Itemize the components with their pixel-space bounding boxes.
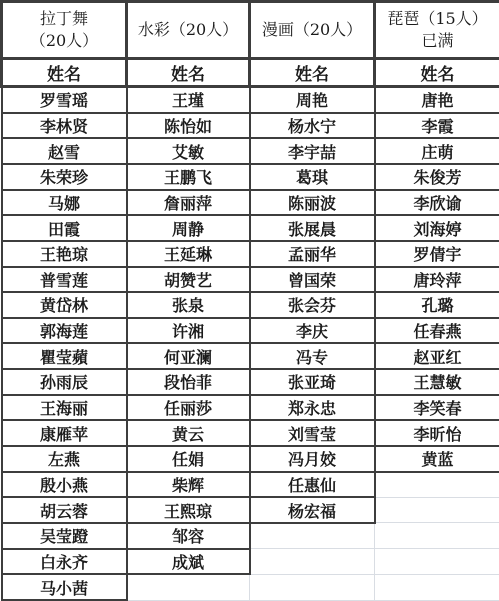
name-cell: 葛琪 (250, 164, 375, 190)
table-row: 王艳琼王延琳孟丽华罗倩宇 (2, 241, 499, 267)
signup-table-page: 拉丁舞（20人）水彩（20人）漫画（20人）琵琶（15人）已满姓名姓名姓名姓名罗… (0, 0, 499, 601)
empty-cell (375, 574, 499, 600)
name-cell: 马小茜 (2, 574, 127, 600)
name-cell: 左燕 (2, 446, 127, 472)
column-header-line: 琵琶（15人） (376, 8, 499, 30)
empty-cell (375, 523, 499, 549)
name-cell: 陈怡如 (127, 113, 250, 139)
name-cell: 许湘 (127, 318, 250, 344)
name-cell: 王延琳 (127, 241, 250, 267)
name-cell: 王瑾 (127, 87, 250, 113)
table-row: 赵雪艾敏李宇喆庄萌 (2, 138, 499, 164)
name-cell: 李昕怡 (375, 420, 499, 446)
name-cell: 王鹏飞 (127, 164, 250, 190)
name-cell: 郭海莲 (2, 318, 127, 344)
name-cell: 赵亚红 (375, 343, 499, 369)
table-row: 马小茜 (2, 574, 499, 600)
name-cell: 罗倩宇 (375, 241, 499, 267)
name-cell: 周艳 (250, 87, 375, 113)
table-row: 朱荣珍王鹏飞葛琪朱俊芳 (2, 164, 499, 190)
name-cell: 周静 (127, 215, 250, 241)
name-cell: 刘海婷 (375, 215, 499, 241)
name-cell: 张展晨 (250, 215, 375, 241)
name-cell: 张亚琦 (250, 369, 375, 395)
name-cell: 赵雪 (2, 138, 127, 164)
name-cell: 唐艳 (375, 87, 499, 113)
name-cell: 李林贤 (2, 113, 127, 139)
column-header-line: 漫画（20人） (251, 19, 373, 41)
name-cell: 何亚澜 (127, 343, 250, 369)
name-cell: 庄萌 (375, 138, 499, 164)
name-cell: 曾国荣 (250, 267, 375, 293)
empty-cell (250, 574, 375, 600)
name-cell: 王艳琼 (2, 241, 127, 267)
column-header-watercolor: 水彩（20人） (127, 2, 250, 59)
table-row: 康雁苹黄云刘雪莹李昕怡 (2, 420, 499, 446)
name-cell: 邹容 (127, 523, 250, 549)
column-header-manga: 漫画（20人） (250, 2, 375, 59)
name-cell: 任惠仙 (250, 472, 375, 498)
column-header-latin-dance: 拉丁舞（20人） (2, 2, 127, 59)
column-header-line: 已满 (376, 30, 499, 52)
name-cell: 王熙琼 (127, 497, 250, 523)
name-cell: 黄云 (127, 420, 250, 446)
name-column-label-watercolor: 姓名 (127, 59, 250, 87)
table-row: 郭海莲许湘李庆任春燕 (2, 318, 499, 344)
table-row: 胡云蓉王熙琼杨宏福 (2, 497, 499, 523)
name-column-label-latin-dance: 姓名 (2, 59, 127, 87)
name-cell: 张会芬 (250, 292, 375, 318)
empty-cell (375, 472, 499, 498)
table-row: 殷小燕柴辉任惠仙 (2, 472, 499, 498)
name-cell: 黄蓝 (375, 446, 499, 472)
name-cell: 任春燕 (375, 318, 499, 344)
name-cell: 刘雪莹 (250, 420, 375, 446)
name-cell: 李庆 (250, 318, 375, 344)
name-cell: 胡云蓉 (2, 497, 127, 523)
name-cell: 田霞 (2, 215, 127, 241)
column-header-line: 水彩（20人） (128, 19, 248, 41)
name-cell: 艾敏 (127, 138, 250, 164)
name-cell: 郑永忠 (250, 395, 375, 421)
name-cell: 唐玲萍 (375, 267, 499, 293)
table-row: 普雪莲胡赞艺曾国荣唐玲萍 (2, 267, 499, 293)
table-row: 李林贤陈怡如杨水宁李霞 (2, 113, 499, 139)
table-row: 马娜詹丽萍陈丽波李欣谕 (2, 190, 499, 216)
column-header-line: 拉丁舞 (3, 8, 125, 30)
name-cell: 冯专 (250, 343, 375, 369)
name-cell: 马娜 (2, 190, 127, 216)
name-cell: 冯月姣 (250, 446, 375, 472)
table-row: 白永齐成斌 (2, 549, 499, 575)
name-cell: 朱荣珍 (2, 164, 127, 190)
name-cell: 李霞 (375, 113, 499, 139)
column-header-pipa: 琵琶（15人）已满 (375, 2, 499, 59)
name-cell: 任丽莎 (127, 395, 250, 421)
table-row: 孙雨辰段怡菲张亚琦王慧敏 (2, 369, 499, 395)
empty-cell (375, 549, 499, 575)
name-cell: 殷小燕 (2, 472, 127, 498)
name-cell: 普雪莲 (2, 267, 127, 293)
name-cell: 陈丽波 (250, 190, 375, 216)
name-cell: 罗雪瑶 (2, 87, 127, 113)
table-row: 罗雪瑶王瑾周艳唐艳 (2, 87, 499, 113)
empty-cell (250, 523, 375, 549)
empty-cell (127, 574, 250, 600)
table-row: 左燕任娟冯月姣黄蓝 (2, 446, 499, 472)
name-cell: 杨宏福 (250, 497, 375, 523)
table-row: 吴莹蹬邹容 (2, 523, 499, 549)
name-cell: 王慧敏 (375, 369, 499, 395)
name-cell: 李宇喆 (250, 138, 375, 164)
name-cell: 柴辉 (127, 472, 250, 498)
column-header-line: （20人） (3, 30, 125, 52)
name-cell: 孟丽华 (250, 241, 375, 267)
name-cell: 王海丽 (2, 395, 127, 421)
name-cell: 康雁苹 (2, 420, 127, 446)
name-cell: 张泉 (127, 292, 250, 318)
name-cell: 詹丽萍 (127, 190, 250, 216)
table-row: 田霞周静张展晨刘海婷 (2, 215, 499, 241)
name-column-label-pipa: 姓名 (375, 59, 499, 87)
name-cell: 成斌 (127, 549, 250, 575)
name-cell: 段怡菲 (127, 369, 250, 395)
name-column-label-manga: 姓名 (250, 59, 375, 87)
name-cell: 任娟 (127, 446, 250, 472)
name-cell: 吴莹蹬 (2, 523, 127, 549)
name-cell: 朱俊芳 (375, 164, 499, 190)
name-cell: 李欣谕 (375, 190, 499, 216)
table-row: 黄岱林张泉张会芬孔璐 (2, 292, 499, 318)
name-cell: 黄岱林 (2, 292, 127, 318)
name-cell: 孙雨辰 (2, 369, 127, 395)
name-cell: 胡赞艺 (127, 267, 250, 293)
table-row: 瞿莹蘋何亚澜冯专赵亚红 (2, 343, 499, 369)
name-cell: 瞿莹蘋 (2, 343, 127, 369)
name-cell: 杨水宁 (250, 113, 375, 139)
name-cell: 孔璐 (375, 292, 499, 318)
empty-cell (375, 497, 499, 523)
signup-table: 拉丁舞（20人）水彩（20人）漫画（20人）琵琶（15人）已满姓名姓名姓名姓名罗… (0, 0, 499, 601)
name-cell: 白永齐 (2, 549, 127, 575)
table-row: 王海丽任丽莎郑永忠李笑春 (2, 395, 499, 421)
name-cell: 李笑春 (375, 395, 499, 421)
empty-cell (250, 549, 375, 575)
